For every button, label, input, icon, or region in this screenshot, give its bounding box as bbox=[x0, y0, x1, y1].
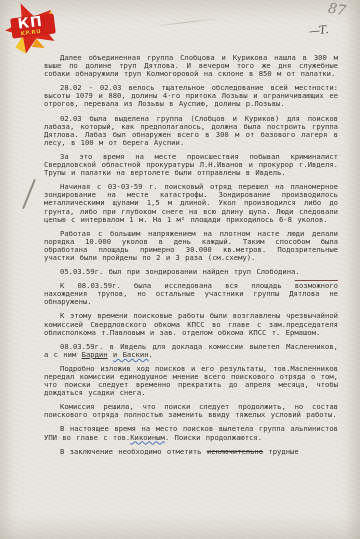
text-segment: Начиная с 03-03-59 г. поисковый отряд пе… bbox=[44, 182, 338, 223]
text-segment: трудные bbox=[263, 447, 299, 456]
marked-text: и Баскин bbox=[113, 350, 149, 359]
scanned-document-page: КП KP.RU 87 —Т. Далее объединенная групп… bbox=[0, 0, 360, 539]
paragraph-1: Далее объединенная группа Слобцова и Кур… bbox=[44, 54, 338, 78]
paper-crease bbox=[150, 18, 220, 28]
text-segment: Комиссия решила, что поиски следует прод… bbox=[44, 402, 338, 419]
text-segment: Подробно изложив ход поисков и его резул… bbox=[44, 364, 338, 397]
text-segment: Работая с большим напряжением на плотном… bbox=[44, 229, 338, 262]
marked-text: Кикоиным bbox=[130, 433, 165, 442]
paragraph-10: 08.03.59г. в Ивдель для доклада комиссии… bbox=[44, 343, 338, 359]
marked-text: исключительно bbox=[207, 447, 263, 456]
text-segment: В заключение необходимо отметить bbox=[60, 447, 207, 456]
marked-text: Бардин bbox=[82, 350, 108, 359]
paragraph-12: Комиссия решила, что поиски следует прод… bbox=[44, 403, 338, 419]
text-segment: . Поиски продолжаются. bbox=[165, 433, 262, 442]
paragraph-14: В заключение необходимо отметить исключи… bbox=[44, 448, 338, 456]
paragraph-13: В настоящее время на место поисков вылет… bbox=[44, 425, 338, 441]
paragraph-4: За это время на месте происшествия побыв… bbox=[44, 153, 338, 177]
text-segment: К этому времени поисковые работы были во… bbox=[44, 311, 338, 336]
paragraph-3: 02.03 была выделена группа (Слобцов и Ку… bbox=[44, 115, 338, 147]
paragraph-11: Подробно изложив ход поисков и его резул… bbox=[44, 365, 338, 397]
handwritten-page-number: 87 bbox=[327, 1, 347, 20]
text-segment: нахождения трупов, но остальные участник… bbox=[44, 289, 338, 306]
handwritten-corner-mark: —Т. bbox=[309, 23, 329, 38]
paragraph-7: 05.03.59г. был при зондировании найден т… bbox=[44, 268, 338, 276]
paragraph-5: Начиная с 03-03-59 г. поисковый отряд пе… bbox=[44, 183, 338, 223]
text-segment: 28.02 - 02.03 велось тщательное обследов… bbox=[44, 83, 338, 108]
paragraph-9: К этому времени поисковые работы были во… bbox=[44, 312, 338, 336]
text-segment: Далее объединенная группа Слобцова и Кур… bbox=[44, 53, 338, 78]
paragraph-8: К 08.03.59г. была исследована вся площад… bbox=[44, 282, 338, 306]
pencil-margin-mark bbox=[22, 179, 35, 209]
paragraph-6: Работая с большим напряжением на плотном… bbox=[44, 230, 338, 262]
text-segment: За это время на месте происшествия побыв… bbox=[44, 152, 338, 177]
text-segment: 02.03 была выделена группа (Слобцов и Ку… bbox=[44, 114, 338, 147]
text-segment: 05.03.59г. был при зондировании найден т… bbox=[60, 267, 300, 276]
paragraph-2: 28.02 - 02.03 велось тщательное обследов… bbox=[44, 84, 338, 108]
text-segment: . bbox=[149, 350, 153, 359]
typewritten-text-block: Далее объединенная группа Слобцова и Кур… bbox=[44, 54, 338, 462]
